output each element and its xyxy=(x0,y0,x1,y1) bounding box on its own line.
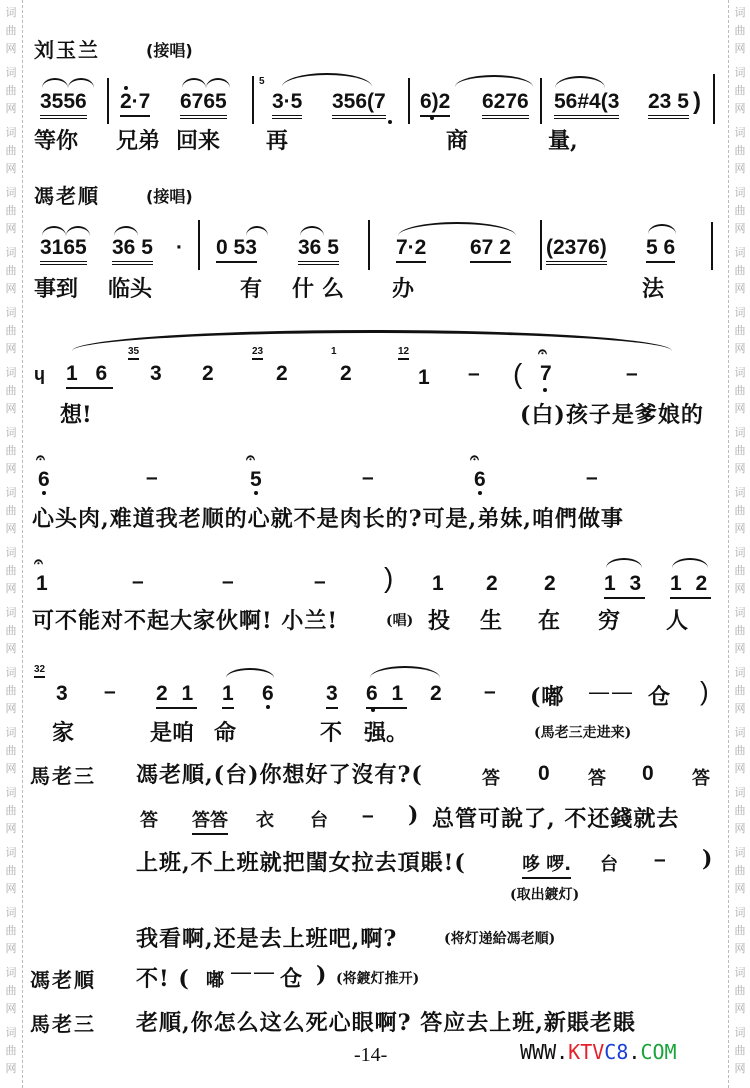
lyric: 强。 xyxy=(364,716,408,747)
watermark-char: 网 xyxy=(3,1060,19,1077)
watermark-char: 曲 xyxy=(3,862,19,879)
percussion: 仓 xyxy=(280,962,303,993)
watermark-char: 曲 xyxy=(3,1042,19,1059)
grace-note: 32 xyxy=(34,664,45,678)
lyric: 人 xyxy=(666,604,688,635)
watermark-char: 词 xyxy=(3,544,19,561)
note-group: 56#4(3 xyxy=(554,90,619,119)
role-name: 馮老順 xyxy=(30,964,96,993)
lyric: 什么 xyxy=(292,272,352,303)
lyric: 量, xyxy=(548,124,578,155)
paren: ) xyxy=(384,562,393,594)
watermark-char: 词 xyxy=(3,784,19,801)
note-group: 1 3 xyxy=(604,572,645,599)
sung-tag: (唱) xyxy=(386,610,413,630)
watermark-char: 词 xyxy=(3,664,19,681)
watermark-char: 网 xyxy=(732,460,748,477)
stage-direction: (接唱) xyxy=(146,38,193,61)
slur xyxy=(226,668,274,678)
grace-note: 23 xyxy=(252,346,263,360)
lyric: 兄弟 xyxy=(116,124,160,155)
bar-line xyxy=(252,76,254,124)
watermark-char: 曲 xyxy=(732,922,748,939)
note: 7 xyxy=(540,362,552,386)
note: 2 xyxy=(276,362,288,386)
watermark-char: 曲 xyxy=(3,82,19,99)
slur xyxy=(206,78,230,88)
lyric: 有 xyxy=(240,272,262,303)
slur xyxy=(370,666,440,678)
watermark-char: 网 xyxy=(732,820,748,837)
watermark-char: 词 xyxy=(3,604,19,621)
watermark-char: 曲 xyxy=(3,922,19,939)
dash: – xyxy=(146,466,158,490)
watermark-char: 网 xyxy=(3,820,19,837)
slur xyxy=(398,222,516,236)
lyric: 商 xyxy=(446,124,468,155)
bar-line xyxy=(198,220,200,270)
note-group: 6 1 xyxy=(366,682,407,709)
slur xyxy=(42,226,66,236)
lyric: 不 xyxy=(320,716,342,747)
watermark-char: 网 xyxy=(732,1060,748,1077)
watermark-char: 词 xyxy=(3,124,19,141)
note-group: 6765 xyxy=(180,90,227,119)
watermark-char: 网 xyxy=(732,400,748,417)
watermark-char: 词 xyxy=(732,544,748,561)
watermark-char: 词 xyxy=(732,484,748,501)
dialogue-line: 上班,不上班就把閨女拉去頂賬!( xyxy=(136,846,466,877)
bar-line xyxy=(713,74,715,124)
paren: ) xyxy=(702,846,713,872)
percussion: 答 xyxy=(588,764,606,790)
dialogue-line: 老順,你怎么这么死心眼啊? 答应去上班,新賬老賬 xyxy=(136,1006,636,1037)
note: 3 xyxy=(326,682,338,709)
watermark-char: 曲 xyxy=(3,982,19,999)
dash: – xyxy=(654,848,666,872)
watermark-char: 网 xyxy=(732,940,748,957)
watermark-char: 词 xyxy=(3,844,19,861)
lyric: 法 xyxy=(642,272,664,303)
note-group: 7·2 xyxy=(396,236,426,263)
paren: ) xyxy=(316,962,327,988)
watermark-char: 网 xyxy=(3,220,19,237)
percussion: 0 xyxy=(538,762,550,786)
watermark-char: 曲 xyxy=(3,262,19,279)
note-group: 2·7 xyxy=(120,90,150,117)
watermark-char: 网 xyxy=(732,280,748,297)
dash: – xyxy=(104,680,116,704)
lyric: 在 xyxy=(538,604,560,635)
lyric: 生 xyxy=(480,604,502,635)
watermark-char: 网 xyxy=(3,700,19,717)
grace-note: 12 xyxy=(398,346,409,360)
lyric: 穷 xyxy=(598,604,620,635)
watermark-char: 网 xyxy=(732,220,748,237)
spoken-line: 可不能对不起大家伙啊! 小兰! xyxy=(32,604,338,635)
note-group: 67 2 xyxy=(470,236,511,263)
watermark-char: 曲 xyxy=(3,22,19,39)
percussion: 台 xyxy=(600,850,618,876)
dialogue-line: 不! ( xyxy=(136,962,190,993)
watermark-char: 曲 xyxy=(3,142,19,159)
watermark-char: 网 xyxy=(732,40,748,57)
note: 2 xyxy=(340,362,352,386)
note-group: 6)2 xyxy=(420,90,450,117)
watermark-char: 网 xyxy=(732,100,748,117)
note: 1 xyxy=(36,572,48,596)
note-group: 2 1 xyxy=(156,682,197,709)
watermark-char: 网 xyxy=(732,160,748,177)
spoken-line: 心头肉,难道我老顺的心就不是肉长的?可是,弟妹,咱們做事 xyxy=(32,502,624,533)
watermark-char: 网 xyxy=(3,460,19,477)
watermark-char: 曲 xyxy=(732,22,748,39)
note-group: 356(7 xyxy=(332,90,386,119)
watermark-char: 曲 xyxy=(732,622,748,639)
watermark-char: 曲 xyxy=(732,502,748,519)
octave-dot xyxy=(478,491,482,495)
watermark-char: 曲 xyxy=(3,202,19,219)
lyric: 是咱 xyxy=(150,716,194,747)
note: 6 xyxy=(262,682,274,706)
watermark-char: 网 xyxy=(732,640,748,657)
dialogue-line: 总管可說了, 不还錢就去 xyxy=(432,802,679,833)
watermark-char: 词 xyxy=(732,124,748,141)
watermark-char: 词 xyxy=(732,304,748,321)
octave-dot xyxy=(254,491,258,495)
slur xyxy=(68,78,94,88)
spoken-line: (白)孩子是爹娘的 xyxy=(520,398,704,429)
watermark-char: 曲 xyxy=(3,682,19,699)
octave-dot xyxy=(430,116,434,120)
percussion: 0 xyxy=(642,762,654,786)
grace-note: 35 xyxy=(128,346,139,360)
dash: – xyxy=(362,804,374,828)
percussion: 哆 啰. xyxy=(522,850,571,879)
right-watermark-column: 词曲网词曲网词曲网词曲网词曲网词曲网词曲网词曲网词曲网词曲网词曲网词曲网词曲网词… xyxy=(728,0,750,1088)
lyric: 等你 xyxy=(34,124,78,155)
percussion: 台 xyxy=(310,806,328,832)
paren: ) xyxy=(693,88,701,116)
percussion: 答 xyxy=(482,764,500,790)
dash: – xyxy=(132,570,144,594)
slur xyxy=(246,226,268,236)
fermata-icon: 𝄐 xyxy=(538,342,547,362)
note: 3 xyxy=(150,362,162,386)
role-name: 刘玉兰 xyxy=(34,34,100,63)
watermark-char: 网 xyxy=(3,760,19,777)
dash: – xyxy=(314,570,326,594)
watermark-char: 曲 xyxy=(732,862,748,879)
note-group: 5 6 xyxy=(646,236,675,263)
watermark-char: 词 xyxy=(732,904,748,921)
watermark-char: 曲 xyxy=(3,382,19,399)
dialogue-line: 我看啊,还是去上班吧,啊? xyxy=(136,922,397,953)
lyric: 事到 xyxy=(34,272,78,303)
stage-direction: (接唱) xyxy=(146,184,193,207)
dash: – xyxy=(586,466,598,490)
watermark-char: 网 xyxy=(3,340,19,357)
watermark-char: 网 xyxy=(3,40,19,57)
dash: – xyxy=(626,362,638,386)
site-part: COM xyxy=(640,1040,676,1064)
site-part: C8 xyxy=(604,1040,628,1064)
dialogue-line: 馮老順,(台)你想好了沒有?( xyxy=(136,758,423,789)
note: 1 xyxy=(432,572,444,596)
watermark-char: 曲 xyxy=(732,322,748,339)
role-name: 馮老順 xyxy=(34,180,100,209)
watermark-char: 曲 xyxy=(732,262,748,279)
watermark-char: 网 xyxy=(3,160,19,177)
slur xyxy=(42,78,68,88)
note: 6 xyxy=(474,468,486,492)
tempo-mark: ɥ xyxy=(34,364,45,385)
lyric: 办 xyxy=(392,272,414,303)
note-group: 6276 xyxy=(482,90,529,119)
octave-dot xyxy=(266,705,270,709)
watermark-char: 曲 xyxy=(732,382,748,399)
watermark-char: 曲 xyxy=(3,322,19,339)
watermark-char: 曲 xyxy=(732,682,748,699)
stage-direction: (将灯递給馮老順) xyxy=(444,928,555,948)
watermark-char: 词 xyxy=(732,364,748,381)
percussion: 答 xyxy=(140,806,158,832)
note-group: 23 5 xyxy=(648,90,689,119)
dash: – xyxy=(468,362,480,386)
watermark-char: 网 xyxy=(732,1000,748,1017)
watermark-char: 曲 xyxy=(3,442,19,459)
watermark-char: 词 xyxy=(732,784,748,801)
phrase-slur xyxy=(72,330,672,351)
slur xyxy=(606,558,642,568)
lyric: 临头 xyxy=(108,272,152,303)
dash: – xyxy=(362,466,374,490)
watermark-char: 曲 xyxy=(732,82,748,99)
fermata-icon: 𝄐 xyxy=(246,448,255,468)
site-part: . xyxy=(628,1040,640,1064)
lyric: 再 xyxy=(266,124,288,155)
page-number: -14- xyxy=(354,1044,387,1067)
bar-line xyxy=(711,222,713,270)
note: 2 xyxy=(544,572,556,596)
role-name: 馬老三 xyxy=(30,1008,96,1037)
slur xyxy=(66,226,90,236)
dash: – xyxy=(222,570,234,594)
watermark-char: 曲 xyxy=(3,742,19,759)
watermark-char: 词 xyxy=(3,904,19,921)
paren: ) xyxy=(700,676,709,707)
watermark-char: 网 xyxy=(732,580,748,597)
watermark-char: 词 xyxy=(3,244,19,261)
augmentation-dot: · xyxy=(176,236,183,260)
left-watermark-column: 词曲网词曲网词曲网词曲网词曲网词曲网词曲网词曲网词曲网词曲网词曲网词曲网词曲网词… xyxy=(0,0,23,1088)
watermark-char: 曲 xyxy=(732,1042,748,1059)
role-name: 馬老三 xyxy=(30,760,96,789)
octave-dot xyxy=(543,388,547,392)
fermata-icon: 𝄐 xyxy=(36,448,45,468)
watermark-char: 网 xyxy=(732,700,748,717)
watermark-char: 曲 xyxy=(732,202,748,219)
slur xyxy=(300,226,324,236)
slur xyxy=(182,78,206,88)
lyric: 家 xyxy=(52,716,74,747)
watermark-char: 词 xyxy=(3,64,19,81)
watermark-char: 词 xyxy=(732,424,748,441)
watermark-char: 词 xyxy=(3,364,19,381)
note-group: 3·5 xyxy=(272,90,302,119)
watermark-char: 词 xyxy=(732,604,748,621)
note: 1 xyxy=(222,682,234,709)
watermark-char: 曲 xyxy=(3,502,19,519)
lyric: 投 xyxy=(428,604,450,635)
watermark-char: 网 xyxy=(732,760,748,777)
note: 2 xyxy=(486,572,498,596)
watermark-char: 网 xyxy=(732,520,748,537)
percussion: 答答 xyxy=(192,806,228,835)
watermark-char: 词 xyxy=(3,304,19,321)
watermark-char: 曲 xyxy=(3,622,19,639)
note: 3 xyxy=(56,682,68,706)
watermark-char: 网 xyxy=(732,340,748,357)
watermark-char: 词 xyxy=(732,724,748,741)
watermark-char: 网 xyxy=(3,940,19,957)
bar-line xyxy=(540,78,542,124)
stage-direction: (馬老三走进来) xyxy=(534,722,631,742)
watermark-char: 词 xyxy=(732,244,748,261)
watermark-char: 网 xyxy=(3,520,19,537)
bar-line xyxy=(107,78,109,124)
bar-line xyxy=(368,220,370,270)
octave-dot xyxy=(42,491,46,495)
lyric: 回来 xyxy=(176,124,220,155)
percussion: 嘟 xyxy=(206,966,224,992)
octave-dot xyxy=(371,708,375,712)
watermark-char: 曲 xyxy=(732,562,748,579)
watermark-char: 网 xyxy=(3,580,19,597)
note-group: 0 53 xyxy=(216,236,257,263)
note: 2 xyxy=(430,682,442,706)
slur xyxy=(648,224,676,234)
watermark-char: 网 xyxy=(3,280,19,297)
watermark-char: 网 xyxy=(732,880,748,897)
slur xyxy=(282,73,372,87)
watermark-char: 网 xyxy=(3,400,19,417)
watermark-char: 曲 xyxy=(3,802,19,819)
watermark-char: 词 xyxy=(732,4,748,21)
note-group: 3556 xyxy=(40,90,87,119)
slur xyxy=(555,76,605,88)
fermata-icon: 𝄐 xyxy=(470,448,479,468)
watermark-char: 曲 xyxy=(732,142,748,159)
watermark-char: 曲 xyxy=(732,802,748,819)
site-prefix: WWW. xyxy=(520,1040,568,1064)
note-group: (2376) xyxy=(546,236,607,265)
octave-dot xyxy=(388,120,392,124)
site-part: KTV xyxy=(568,1040,604,1064)
paren: ) xyxy=(408,802,419,828)
bar-line xyxy=(540,220,542,270)
watermark-char: 词 xyxy=(3,724,19,741)
slur xyxy=(114,226,138,236)
watermark-char: 曲 xyxy=(3,562,19,579)
fermata-icon: 𝄐 xyxy=(34,552,43,572)
watermark-char: 词 xyxy=(732,964,748,981)
watermark-char: 网 xyxy=(3,1000,19,1017)
note-group: 1 6 xyxy=(66,362,113,389)
percussion: 衣 xyxy=(256,806,274,832)
note: 1 xyxy=(418,366,430,390)
watermark-char: 词 xyxy=(3,4,19,21)
grace-note: 1 xyxy=(331,346,337,357)
watermark-char: 曲 xyxy=(732,442,748,459)
watermark-char: 词 xyxy=(732,64,748,81)
note: 2 xyxy=(202,362,214,386)
lyric: 命 xyxy=(214,716,236,747)
note-group: 1 2 xyxy=(670,572,711,599)
watermark-char: 曲 xyxy=(732,742,748,759)
watermark-char: 网 xyxy=(3,100,19,117)
watermark-char: 词 xyxy=(732,664,748,681)
watermark-char: 词 xyxy=(732,844,748,861)
bar-line xyxy=(408,78,410,124)
watermark-char: 词 xyxy=(3,424,19,441)
watermark-char: 词 xyxy=(3,1024,19,1041)
dash: – xyxy=(484,680,496,704)
slur xyxy=(455,75,533,87)
note: 5 xyxy=(250,468,262,492)
percussion-dash: —— xyxy=(588,680,634,705)
watermark-char: 网 xyxy=(3,880,19,897)
stage-direction: (取出鍍灯) xyxy=(510,884,579,904)
lyric: 想! xyxy=(60,398,92,429)
watermark-char: 词 xyxy=(732,184,748,201)
paren: ( xyxy=(513,358,522,390)
percussion: (嘟 xyxy=(530,680,564,711)
stage-direction: (将鍍灯推开) xyxy=(336,968,419,988)
percussion-dash: —— xyxy=(230,960,276,985)
slur xyxy=(672,558,708,568)
percussion: 答 xyxy=(692,764,710,790)
note-group: 3165 xyxy=(40,236,87,265)
percussion: 仓 xyxy=(648,680,671,711)
site-watermark: WWW.KTVC8.COM xyxy=(520,1040,677,1064)
watermark-char: 网 xyxy=(3,640,19,657)
watermark-char: 曲 xyxy=(732,982,748,999)
note: 6 xyxy=(38,468,50,492)
watermark-char: 词 xyxy=(3,484,19,501)
grace-note: 5 xyxy=(259,76,265,87)
watermark-char: 词 xyxy=(3,964,19,981)
note-group: 36 5 xyxy=(298,236,339,265)
note-group: 36 5 xyxy=(112,236,153,265)
watermark-char: 词 xyxy=(732,1024,748,1041)
watermark-char: 词 xyxy=(3,184,19,201)
